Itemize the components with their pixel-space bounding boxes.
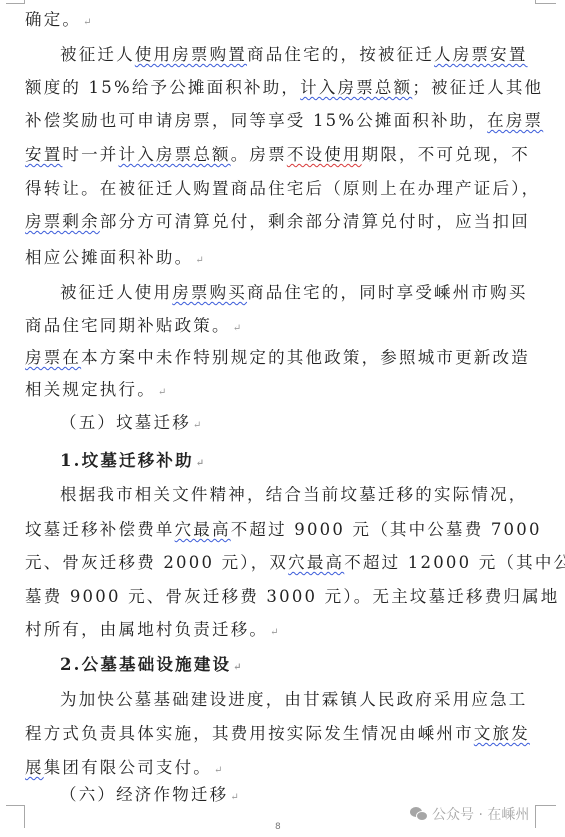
text-line: 额度的 15%给予公摊面积补助，计入房票总额；被征迁人其他	[25, 78, 540, 98]
text-run: 部分方可清算兑付，剩余部分清算兑付时，应当扣回	[100, 212, 530, 231]
paragraph-mark-icon: ↵	[214, 765, 222, 776]
paragraph-mark-icon: ↵	[270, 627, 278, 638]
text-run: 为加快公墓基础建设进度，由甘霖镇人民政府采用应急工	[60, 690, 528, 709]
text-run: 不超过 12000 元（其中公	[344, 553, 565, 572]
document-page: 确定。↵被征迁人使用房票购置商品住宅的，按被征迁人房票安置额度的 15%给予公摊…	[0, 0, 565, 837]
text-line: 房票在本方案中未作特别规定的其他政策，参照城市更新改造	[25, 348, 540, 368]
paragraph-mark-icon: ↵	[193, 420, 201, 431]
spellcheck-flagged-text: 穴最高	[288, 553, 344, 572]
text-line: 补偿奖励也可申请房票，同等享受 15%公摊面积补助，在房票	[25, 111, 540, 131]
text-run: 时一并	[62, 145, 118, 164]
text-run: 相应公摊面积补助。	[25, 248, 193, 267]
text-run: （六）经济作物迁移	[60, 785, 228, 804]
text-line: 村所有，由属地村负责迁移。↵	[25, 620, 540, 643]
text-line: 被征迁人使用房票购置商品住宅的，按被征迁人房票安置	[60, 45, 540, 65]
text-line: 1.坟墓迁移补助↵	[60, 451, 540, 474]
text-line: 2.公墓基础设施建设↵	[60, 655, 540, 678]
text-run: 集团有限公司支付。	[44, 758, 212, 777]
text-run: 得转让。在被征迁人购置商品住宅后（原则上在办理产证后），	[25, 179, 540, 198]
spellcheck-flagged-text: 安置	[25, 145, 62, 164]
text-run: 本方案中未作特别规定的其他政策，参照城市更新改造	[81, 348, 530, 367]
text-line: 坟墓迁移补偿费单穴最高不超过 9000 元（其中公墓费 7000	[25, 520, 540, 540]
text-line: 安置时一并计入房票总额。房票不设使用期限，不可兑现，不	[25, 145, 540, 165]
wechat-icon	[410, 807, 428, 821]
text-run: 村所有，由属地村负责迁移。	[25, 620, 268, 639]
spellcheck-flagged-text: 展	[25, 758, 44, 777]
top-right-crop-mark	[535, 0, 556, 4]
text-run: 商品住宅的，按被征迁	[247, 45, 434, 64]
text-run: 被征迁人	[60, 45, 135, 64]
text-run: 期限，不可兑现，不	[362, 145, 530, 164]
text-line: 为加快公墓基础建设进度，由甘霖镇人民政府采用应急工	[60, 690, 540, 710]
text-line: 程方式负责具体实施，其费用按实际发生情况由嵊州市文旅发	[25, 724, 540, 744]
paragraph-mark-icon: ↵	[233, 662, 241, 673]
text-line: 相应公摊面积补助。↵	[25, 248, 540, 271]
paragraph-mark-icon: ↵	[233, 323, 241, 334]
text-run: 商品住宅的，同时享受嵊州市购买	[247, 283, 528, 302]
text-run: 相关规定执行。	[25, 380, 156, 399]
spellcheck-flagged-text: 计入房票总额	[119, 145, 231, 164]
watermark-text: 公众号 · 在嵊州	[432, 804, 529, 824]
text-run: 根据我市相关文件精神，结合当前坟墓迁移的实际情况，	[60, 485, 528, 504]
page-number: 8	[275, 822, 281, 832]
spellcheck-flagged-text: 使用房票购置	[135, 45, 247, 64]
spellcheck-flagged-text: 不设使用	[287, 145, 362, 164]
text-line: 商品住宅同期补贴政策。↵	[25, 316, 540, 339]
top-left-crop-mark	[6, 0, 25, 4]
spellcheck-flagged-text: 房票购买	[172, 283, 247, 302]
bottom-left-crop-mark	[6, 805, 25, 828]
paragraph-mark-icon: ↵	[83, 17, 91, 28]
text-run: ；被征迁人其他	[412, 78, 543, 97]
watermark: 公众号 · 在嵊州	[410, 804, 529, 824]
text-line: 元、骨灰迁移费 2000 元），双穴最高不超过 12000 元（其中公	[25, 553, 540, 573]
text-run: 2.公墓基础设施建设	[60, 655, 231, 674]
text-run: 商品住宅同期补贴政策。	[25, 316, 231, 335]
text-run: 墓费 9000 元、骨灰迁移费 3000 元）。无主坟墓迁移费归属地	[25, 587, 560, 606]
text-line: 确定。↵	[25, 10, 540, 33]
text-run: 。房票	[231, 145, 287, 164]
text-run: 元、骨灰迁移费 2000 元），双	[25, 553, 288, 572]
spellcheck-flagged-text: 在房票	[487, 111, 543, 130]
spellcheck-flagged-text: 人房票安置	[434, 45, 528, 64]
spellcheck-flagged-text: 穴最高	[175, 520, 231, 539]
text-line: （五）坟墓迁移↵	[60, 413, 540, 436]
paragraph-mark-icon: ↵	[195, 255, 203, 266]
text-run: 补偿奖励也可申请房票，同等享受 15%公摊面积补助，	[25, 111, 487, 130]
text-line: 被征迁人使用房票购买商品住宅的，同时享受嵊州市购买	[60, 283, 540, 303]
text-run: 不超过 9000 元（其中公墓费 7000	[231, 520, 542, 539]
text-run: 程方式负责具体实施，其费用按实际发生情况由嵊州市	[25, 724, 474, 743]
text-run: 额度的 15%给予公摊面积补助，	[25, 78, 300, 97]
spellcheck-flagged-text: 房票剩余	[25, 212, 100, 231]
text-run: 坟墓迁移补偿费单	[25, 520, 175, 539]
spellcheck-flagged-text: 计入房票总额	[300, 78, 412, 97]
text-line: 墓费 9000 元、骨灰迁移费 3000 元）。无主坟墓迁移费归属地	[25, 587, 540, 607]
bottom-right-crop-mark	[535, 805, 556, 828]
text-line: 得转让。在被征迁人购置商品住宅后（原则上在办理产证后），	[25, 179, 540, 199]
text-run: （五）坟墓迁移	[60, 413, 191, 432]
text-line: 房票剩余部分方可清算兑付，剩余部分清算兑付时，应当扣回	[25, 212, 540, 232]
text-run: 1.坟墓迁移补助	[60, 451, 194, 470]
spellcheck-flagged-text: 文旅发	[474, 724, 530, 743]
text-line: 展集团有限公司支付。↵	[25, 758, 540, 781]
paragraph-mark-icon: ↵	[230, 792, 238, 803]
spellcheck-flagged-text: 房票在	[25, 348, 81, 367]
paragraph-mark-icon: ↵	[158, 387, 166, 398]
text-run: 确定。	[25, 10, 81, 29]
text-line: 根据我市相关文件精神，结合当前坟墓迁移的实际情况，	[60, 485, 540, 505]
paragraph-mark-icon: ↵	[196, 458, 204, 469]
text-line: 相关规定执行。↵	[25, 380, 540, 403]
text-run: 被征迁人使用	[60, 283, 172, 302]
